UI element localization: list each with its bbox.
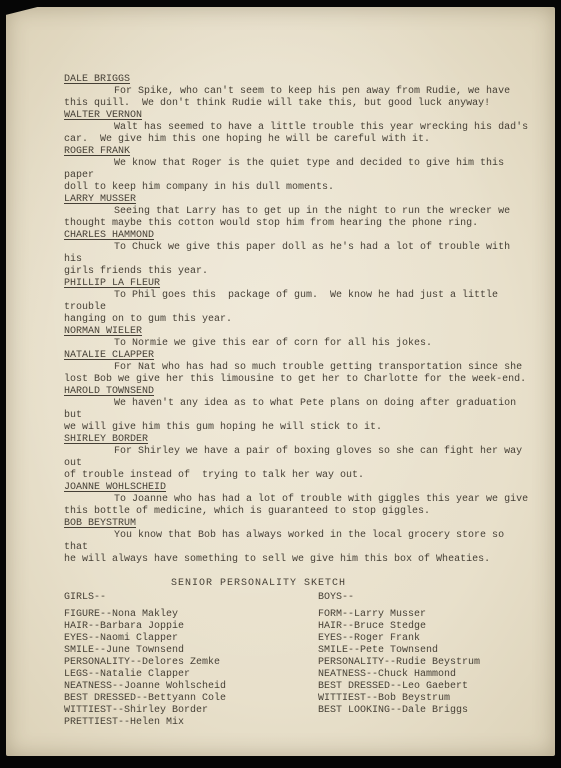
sketch-item: FIGURE--Nona Makley bbox=[64, 609, 318, 621]
student-name: NORMAN WIELER bbox=[64, 326, 142, 338]
sketch-item: HAIR--Barbara Joppie bbox=[64, 621, 318, 633]
will-entry: HAROLD TOWNSEND We haven't any idea as t… bbox=[64, 386, 533, 434]
will-text: To Joanne who has had a lot of trouble w… bbox=[64, 494, 533, 518]
sketch-item: SMILE--Pete Townsend bbox=[318, 645, 533, 657]
will-entry: NORMAN WIELER To Normie we give this ear… bbox=[64, 326, 533, 350]
paper-sheet: DALE BRIGGS For Spike, who can't seem to… bbox=[6, 7, 555, 756]
sketch-item: EYES--Naomi Clapper bbox=[64, 633, 318, 645]
senior-wills-list: DALE BRIGGS For Spike, who can't seem to… bbox=[64, 74, 533, 566]
will-entry: LARRY MUSSER Seeing that Larry has to ge… bbox=[64, 194, 533, 230]
student-name: CHARLES HAMMOND bbox=[64, 230, 154, 242]
student-name: PHILLIP LA FLEUR bbox=[64, 278, 160, 290]
student-name: NATALIE CLAPPER bbox=[64, 350, 154, 362]
will-text: Seeing that Larry has to get up in the n… bbox=[64, 206, 533, 230]
sketch-item: NEATNESS--Chuck Hammond bbox=[318, 669, 533, 681]
will-entry: CHARLES HAMMOND To Chuck we give this pa… bbox=[64, 230, 533, 278]
student-name: HAROLD TOWNSEND bbox=[64, 386, 154, 398]
will-entry: BOB BEYSTRUM You know that Bob has alway… bbox=[64, 518, 533, 566]
will-text: To Phil goes this package of gum. We kno… bbox=[64, 290, 533, 326]
sketch-item: PERSONALITY--Rudie Beystrum bbox=[318, 657, 533, 669]
will-entry: SHIRLEY BORDER For Shirley we have a pai… bbox=[64, 434, 533, 482]
sketch-item: BEST LOOKING--Dale Briggs bbox=[318, 705, 533, 717]
will-text: For Nat who has had so much trouble gett… bbox=[64, 362, 533, 386]
will-text: For Spike, who can't seem to keep his pe… bbox=[64, 86, 533, 110]
section-title: SENIOR PERSONALITY SKETCH bbox=[64, 578, 533, 590]
will-text: Walt has seemed to have a little trouble… bbox=[64, 122, 533, 146]
sketch-item: EYES--Roger Frank bbox=[318, 633, 533, 645]
boys-sketch-list: FORM--Larry Musser HAIR--Bruce Stedge EY… bbox=[318, 609, 533, 717]
girls-column-header: GIRLS-- bbox=[64, 592, 318, 604]
student-name: LARRY MUSSER bbox=[64, 194, 136, 206]
sketch-item: HAIR--Bruce Stedge bbox=[318, 621, 533, 633]
sketch-item: SMILE--June Townsend bbox=[64, 645, 318, 657]
sketch-item: LEGS--Natalie Clapper bbox=[64, 669, 318, 681]
girls-sketch-list: FIGURE--Nona Makley HAIR--Barbara Joppie… bbox=[64, 609, 318, 729]
will-text: For Shirley we have a pair of boxing glo… bbox=[64, 446, 533, 482]
will-entry: ROGER FRANK We know that Roger is the qu… bbox=[64, 146, 533, 194]
will-text: We know that Roger is the quiet type and… bbox=[64, 158, 533, 194]
will-text: We haven't any idea as to what Pete plan… bbox=[64, 398, 533, 434]
will-text: To Normie we give this ear of corn for a… bbox=[64, 338, 533, 350]
will-entry: NATALIE CLAPPER For Nat who has had so m… bbox=[64, 350, 533, 386]
student-name: ROGER FRANK bbox=[64, 146, 130, 158]
sketch-item: BEST DRESSED--Leo Gaebert bbox=[318, 681, 533, 693]
student-name: DALE BRIGGS bbox=[64, 74, 130, 86]
sketch-item: PRETTIEST--Helen Mix bbox=[64, 717, 318, 729]
student-name: WALTER VERNON bbox=[64, 110, 142, 122]
boys-column-header: BOYS-- bbox=[318, 592, 533, 604]
student-name: JOANNE WOHLSCHEID bbox=[64, 482, 166, 494]
will-entry: DALE BRIGGS For Spike, who can't seem to… bbox=[64, 74, 533, 110]
boys-column: BOYS-- FORM--Larry Musser HAIR--Bruce St… bbox=[318, 592, 533, 729]
will-entry: PHILLIP LA FLEUR To Phil goes this packa… bbox=[64, 278, 533, 326]
scanned-yearbook-page: DALE BRIGGS For Spike, who can't seem to… bbox=[0, 0, 561, 768]
student-name: BOB BEYSTRUM bbox=[64, 518, 136, 530]
sketch-item: WITTIEST--Shirley Border bbox=[64, 705, 318, 717]
student-name: SHIRLEY BORDER bbox=[64, 434, 148, 446]
sketch-item: PERSONALITY--Delores Zemke bbox=[64, 657, 318, 669]
will-entry: JOANNE WOHLSCHEID To Joanne who has had … bbox=[64, 482, 533, 518]
sketch-item: WITTIEST--Bob Beystrum bbox=[318, 693, 533, 705]
personality-sketch-columns: GIRLS-- FIGURE--Nona Makley HAIR--Barbar… bbox=[64, 592, 533, 729]
girls-column: GIRLS-- FIGURE--Nona Makley HAIR--Barbar… bbox=[64, 592, 318, 729]
will-entry: WALTER VERNON Walt has seemed to have a … bbox=[64, 110, 533, 146]
will-text: To Chuck we give this paper doll as he's… bbox=[64, 242, 533, 278]
page-content: DALE BRIGGS For Spike, who can't seem to… bbox=[64, 74, 533, 729]
sketch-item: BEST DRESSED--Bettyann Cole bbox=[64, 693, 318, 705]
will-text: You know that Bob has always worked in t… bbox=[64, 530, 533, 566]
sketch-item: FORM--Larry Musser bbox=[318, 609, 533, 621]
sketch-item: NEATNESS--Joanne Wohlscheid bbox=[64, 681, 318, 693]
